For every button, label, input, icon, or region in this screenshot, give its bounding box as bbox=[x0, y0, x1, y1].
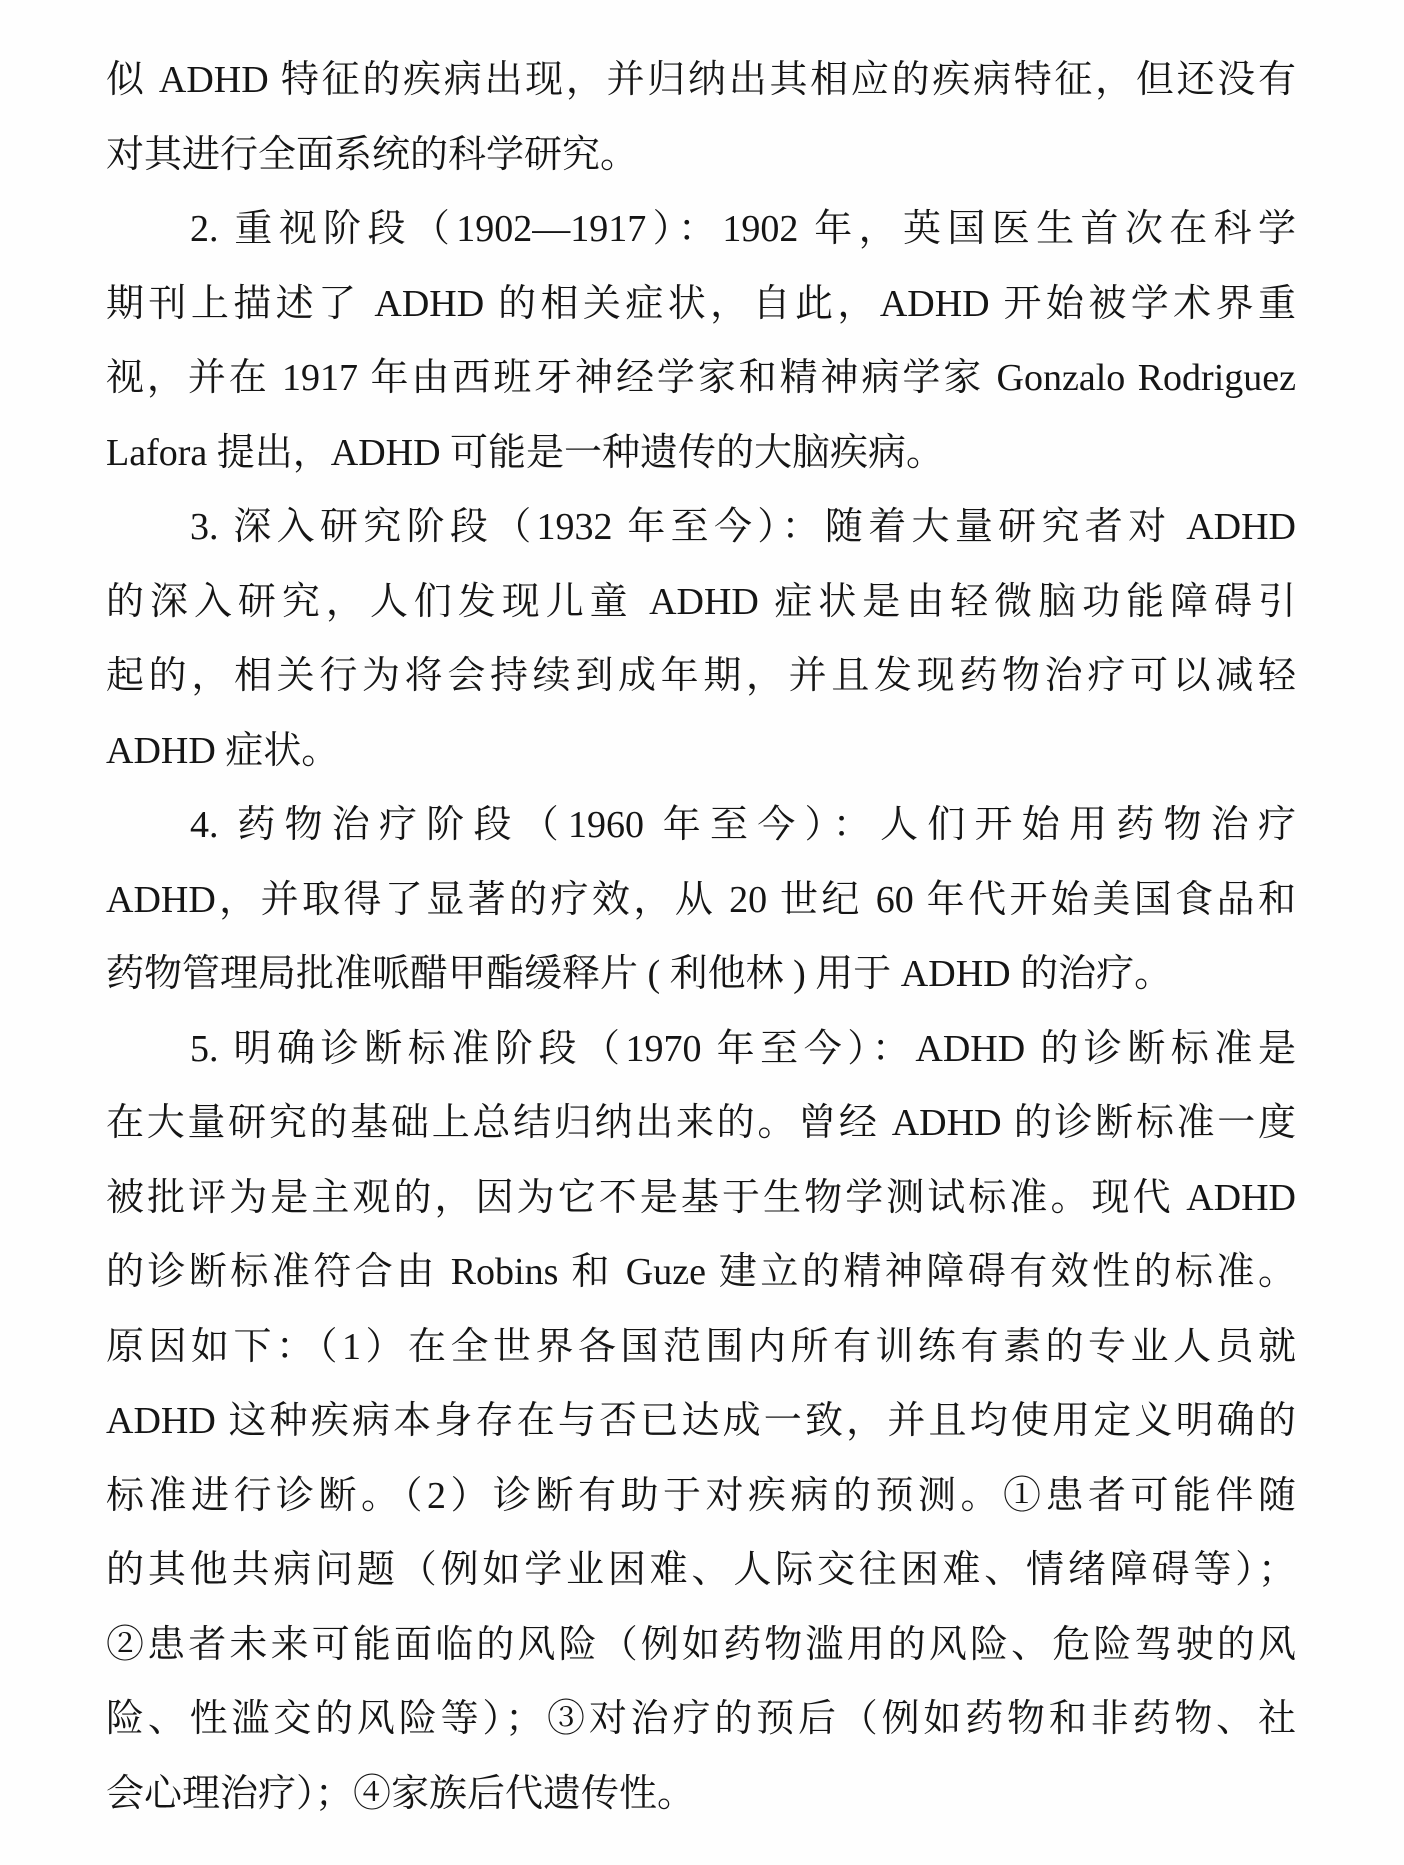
text-line: 似 ADHD 特征的疾病出现，并归纳出其相应的疾病特征，但还没有 bbox=[106, 43, 1296, 118]
text-line: 2. 重视阶段（1902—1917）：1902 年，英国医生首次在科学 bbox=[106, 192, 1296, 267]
text-line: 期刊上描述了 ADHD 的相关症状，自此，ADHD 开始被学术界重 bbox=[106, 267, 1296, 342]
text-line: ADHD 这种疾病本身存在与否已达成一致，并且均使用定义明确的 bbox=[106, 1384, 1296, 1459]
text-line: 药物管理局批准哌醋甲酯缓释片 ( 利他林 ) 用于 ADHD 的治疗。 bbox=[106, 937, 1296, 1012]
text-line: 原因如下：（1）在全世界各国范围内所有训练有素的专业人员就 bbox=[106, 1310, 1296, 1385]
text-line: ②患者未来可能面临的风险（例如药物滥用的风险、危险驾驶的风 bbox=[106, 1608, 1296, 1683]
text-line: 的其他共病问题（例如学业困难、人际交往困难、情绪障碍等）； bbox=[106, 1533, 1296, 1608]
text-line: 5. 明确诊断标准阶段（1970 年至今）：ADHD 的诊断标准是 bbox=[106, 1012, 1296, 1087]
text-line: 险、性滥交的风险等）；③对治疗的预后（例如药物和非药物、社 bbox=[106, 1682, 1296, 1757]
text-line: Lafora 提出，ADHD 可能是一种遗传的大脑疾病。 bbox=[106, 416, 1296, 491]
text-line: 的诊断标准符合由 Robins 和 Guze 建立的精神障碍有效性的标准。 bbox=[106, 1235, 1296, 1310]
text-line: 会心理治疗）；④家族后代遗传性。 bbox=[106, 1757, 1296, 1832]
text-line: ADHD，并取得了显著的疗效，从 20 世纪 60 年代开始美国食品和 bbox=[106, 863, 1296, 938]
text-line: 视，并在 1917 年由西班牙神经学家和精神病学家 Gonzalo Rodrig… bbox=[106, 341, 1296, 416]
text-line: 起的，相关行为将会持续到成年期，并且发现药物治疗可以减轻 bbox=[106, 639, 1296, 714]
text-line: 标准进行诊断。（2）诊断有助于对疾病的预测。①患者可能伴随 bbox=[106, 1459, 1296, 1534]
text-line: 被批评为是主观的，因为它不是基于生物学测试标准。现代 ADHD bbox=[106, 1161, 1296, 1236]
text-line: 3. 深入研究阶段（1932 年至今）：随着大量研究者对 ADHD bbox=[106, 490, 1296, 565]
text-line: 的深入研究，人们发现儿童 ADHD 症状是由轻微脑功能障碍引 bbox=[106, 565, 1296, 640]
text-line: 在大量研究的基础上总结归纳出来的。曾经 ADHD 的诊断标准一度 bbox=[106, 1086, 1296, 1161]
text-line: 4. 药物治疗阶段（1960 年至今）：人们开始用药物治疗 bbox=[106, 788, 1296, 863]
text-line: 对其进行全面系统的科学研究。 bbox=[106, 118, 1296, 193]
text-line: ADHD 症状。 bbox=[106, 714, 1296, 789]
document-page: 似 ADHD 特征的疾病出现，并归纳出其相应的疾病特征，但还没有对其进行全面系统… bbox=[0, 0, 1404, 1865]
body-text: 似 ADHD 特征的疾病出现，并归纳出其相应的疾病特征，但还没有对其进行全面系统… bbox=[106, 43, 1296, 1831]
